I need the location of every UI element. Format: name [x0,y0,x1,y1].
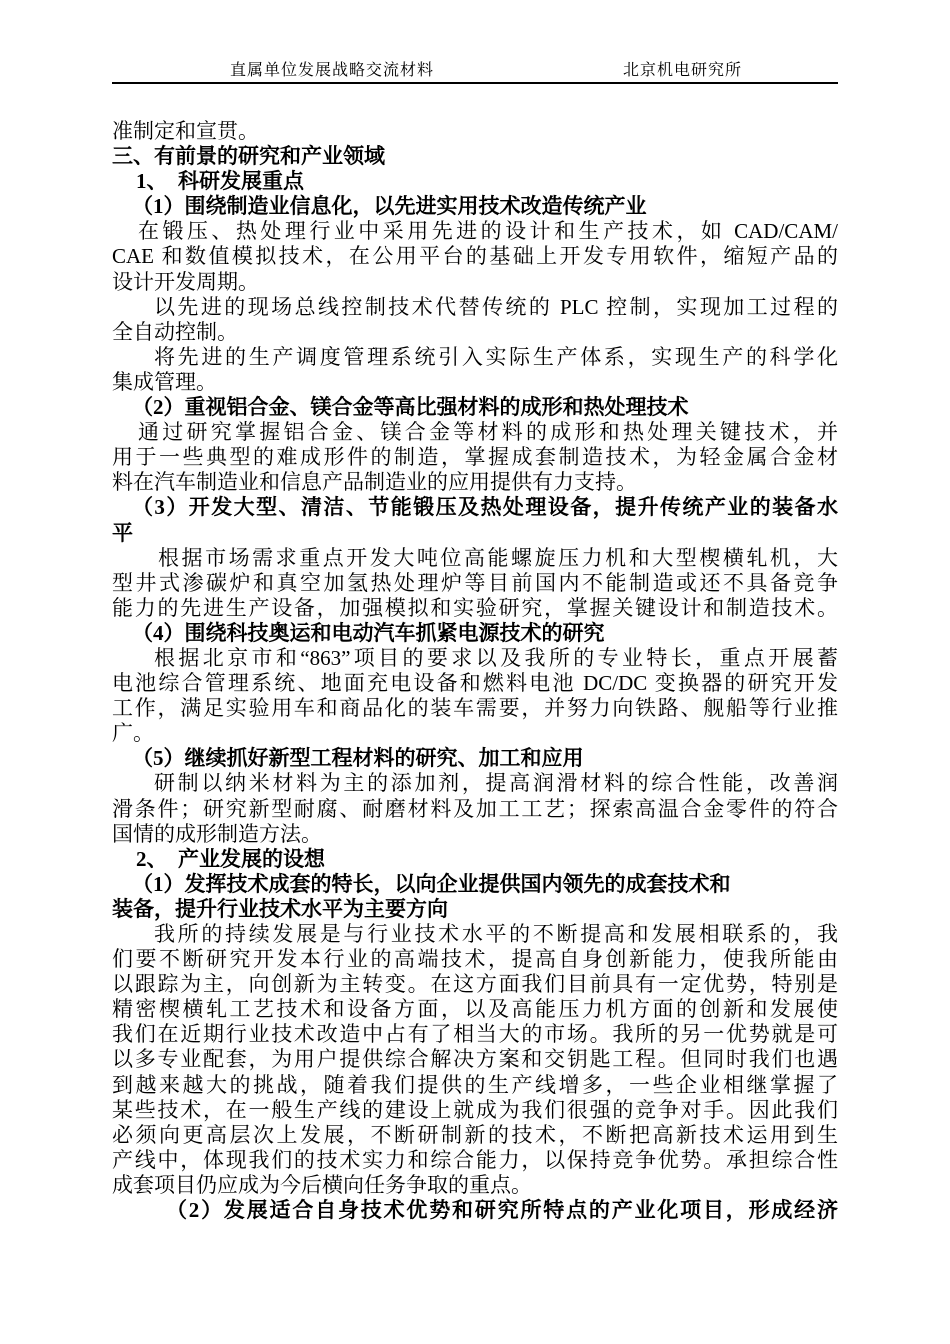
heading-line: （1）发挥技术成套的特长，以向企业提供国内领先的成套技术和 [112,872,838,897]
text-line: 用于一些典型的难成形件的制造，掌握成套制造技术，为轻金属合金材 [112,445,838,470]
text-line: 将先进的生产调度管理系统引入实际生产体系，实现生产的科学化 [112,345,838,370]
heading-line: （4）围绕科技奥运和电动汽车抓紧电源技术的研究 [112,621,838,646]
text-line: 在锻压、热处理行业中采用先进的设计和生产技术，如 CAD/CAM/ [112,219,838,244]
header-left-text: 直属单位发展战略交流材料 [230,57,434,80]
text-line: CAE 和数值模拟技术，在公用平台的基础上开发专用软件，缩短产品的 [112,244,838,269]
text-line: 工作，满足实验用车和商品化的装车需要，并努力向铁路、舰船等行业推 [112,696,838,721]
heading-line: 平 [112,521,838,546]
header-rule [112,82,838,84]
text-line: 集成管理。 [112,370,838,395]
text-line: 广。 [112,721,838,746]
text-line: 电池综合管理系统、地面充电设备和燃料电池 DC/DC 变换器的研究开发 [112,671,838,696]
text-line: 全自动控制。 [112,320,838,345]
text-line: 们要不断研究开发本行业的高端技术，提高自身创新能力，使我所能由 [112,947,838,972]
text-line: 国情的成形制造方法。 [112,822,838,847]
text-line: 精密楔横轧工艺技术和设备方面，以及高能压力机方面的创新和发展使 [112,997,838,1022]
text-line: 根据北京市和“863”项目的要求以及我所的专业特长，重点开展蓄 [112,646,838,671]
heading-line: （3）开发大型、清洁、节能锻压及热处理设备，提升传统产业的装备水 [112,495,838,520]
text-line: 必须向更高层次上发展，不断研制新的技术，不断把高新技术运用到生 [112,1123,838,1148]
heading-line: 1、 科研发展重点 [112,169,838,194]
text-line: 以跟踪为主，向创新为主转变。在这方面我们目前具有一定优势，特别是 [112,972,838,997]
heading-line: （2）重视铝合金、镁合金等高比强材料的成形和热处理技术 [112,395,838,420]
text-line: 滑条件；研究新型耐腐、耐磨材料及加工工艺；探索高温合金零件的符合 [112,797,838,822]
text-line: 能力的先进生产设备，加强模拟和实验研究，掌握关键设计和制造技术。 [112,596,838,621]
text-line: 根据市场需求重点开发大吨位高能螺旋压力机和大型楔横轧机，大 [112,546,838,571]
document-body: 准制定和宣贯。三、有前景的研究和产业领域1、 科研发展重点（1）围绕制造业信息化… [112,119,838,1223]
text-line: 产线中，体现我们的技术实力和综合能力，以保持竞争优势。承担综合性 [112,1148,838,1173]
text-line: 通过研究掌握铝合金、镁合金等材料的成形和热处理关键技术，并 [112,420,838,445]
heading-line: 三、有前景的研究和产业领域 [112,144,838,169]
heading-line: 装备，提升行业技术水平为主要方向 [112,897,838,922]
document-page: 直属单位发展战略交流材料 北京机电研究所 准制定和宣贯。三、有前景的研究和产业领… [0,0,950,1344]
heading-line: （5）继续抓好新型工程材料的研究、加工和应用 [112,746,838,771]
text-line: 设计开发周期。 [112,270,838,295]
text-line: 到越来越大的挑战，随着我们提供的生产线增多，一些企业相继掌握了 [112,1073,838,1098]
text-line: 准制定和宣贯。 [112,119,838,144]
text-line: 以多专业配套，为用户提供综合解决方案和交钥匙工程。但同时我们也遇 [112,1047,838,1072]
text-line: 某些技术，在一般生产线的建设上就成为我们很强的竞争对手。因此我们 [112,1098,838,1123]
text-line: 料在汽车制造业和信息产品制造业的应用提供有力支持。 [112,470,838,495]
text-line: 研制以纳米材料为主的添加剂，提高润滑材料的综合性能，改善润 [112,771,838,796]
text-line: 型井式渗碳炉和真空加氢热处理炉等目前国内不能制造或还不具备竞争 [112,571,838,596]
text-line: 以先进的现场总线控制技术代替传统的 PLC 控制，实现加工过程的 [112,295,838,320]
text-line: 我所的持续发展是与行业技术水平的不断提高和发展相联系的，我 [112,922,838,947]
header-right-text: 北京机电研究所 [623,57,742,80]
heading-line: （1）围绕制造业信息化，以先进实用技术改造传统产业 [112,194,838,219]
text-line: 成套项目仍应成为今后横向任务争取的重点。 [112,1173,838,1198]
heading-line: 2、 产业发展的设想 [112,847,838,872]
heading-line: （2）发展适合自身技术优势和研究所特点的产业化项目，形成经济 [112,1198,838,1223]
text-line: 我们在近期行业技术改造中占有了相当大的市场。我所的另一优势就是可 [112,1022,838,1047]
